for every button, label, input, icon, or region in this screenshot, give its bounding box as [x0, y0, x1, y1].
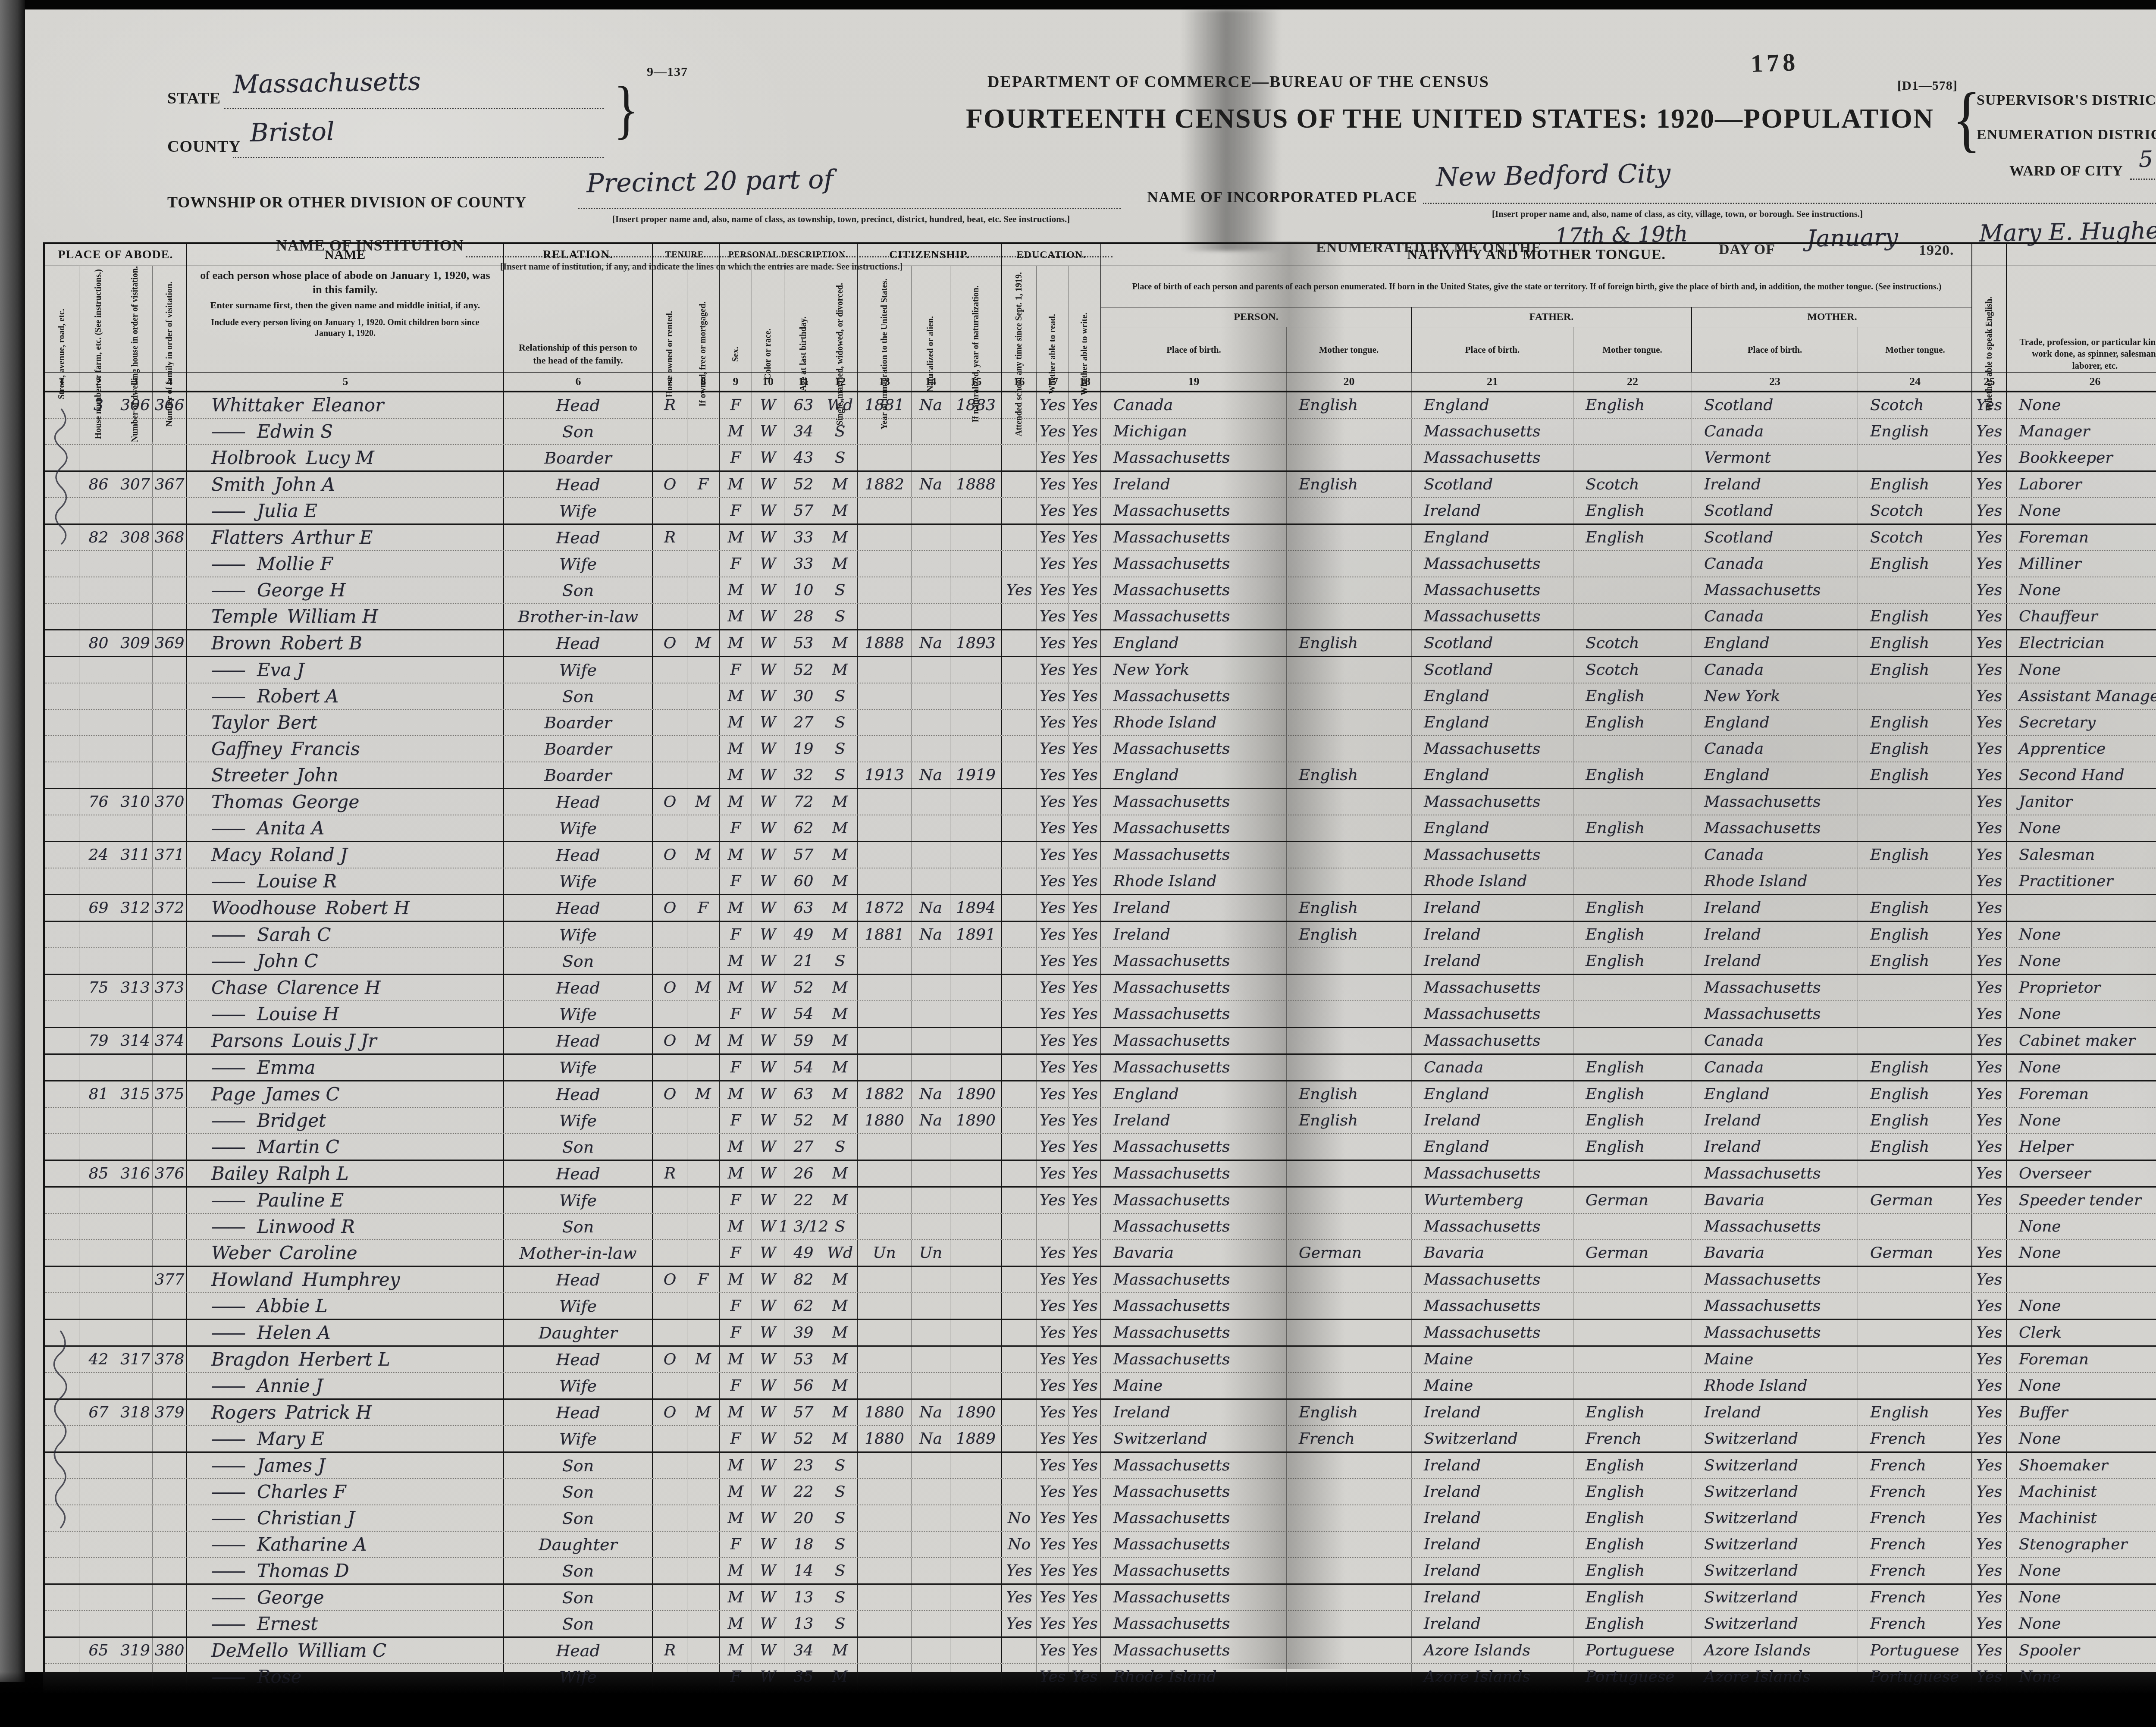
- cell-age: 82: [784, 1267, 823, 1292]
- cell-mother-birthplace: Ireland: [1692, 472, 1858, 497]
- cell-marital-status: S: [823, 1532, 858, 1557]
- cell-color-race: W: [752, 1081, 784, 1107]
- cell-free-mortgaged: [687, 498, 720, 523]
- cell-speaks-english: Yes: [1972, 1028, 2007, 1053]
- cell-relation: Wife: [504, 1055, 653, 1080]
- cell-family-number: [153, 1532, 187, 1557]
- cell-name: George: [187, 1585, 504, 1610]
- cell-sex: M: [720, 525, 752, 550]
- cell-name: Parsons Louis J Jr: [187, 1028, 504, 1053]
- cell-house-number: [79, 1373, 118, 1398]
- cell-house-number: [79, 1453, 118, 1478]
- cell-dwelling-number: [118, 815, 153, 841]
- cell-dwelling-number: [118, 1558, 153, 1583]
- cell-mother-birthplace: Azore Islands: [1692, 1638, 1858, 1663]
- cell-free-mortgaged: M: [687, 975, 720, 1000]
- cell-house-number: [79, 551, 118, 577]
- table-row: James J Son M W 23 S Yes Yes Massachuset…: [45, 1453, 2156, 1479]
- cell-street: [45, 1081, 79, 1107]
- cell-street: [45, 1585, 79, 1610]
- cell-attended-school: [1002, 1293, 1037, 1319]
- cell-marital-status: S: [823, 710, 858, 735]
- cell-attended-school: [1002, 1240, 1037, 1266]
- cell-free-mortgaged: [687, 736, 720, 762]
- cell-speaks-english: Yes: [1972, 789, 2007, 815]
- cell-sex: F: [720, 1320, 752, 1345]
- table-row: Katharine A Daughter F W 18 S No Yes Yes…: [45, 1532, 2156, 1558]
- cell-sex: M: [720, 1453, 752, 1478]
- cell-marital-status: M: [823, 657, 858, 683]
- cell-immigration-year: [858, 868, 912, 894]
- table-row: 85 316 376 Bailey Ralph L Head R M W 26 …: [45, 1161, 2156, 1188]
- cell-marital-status: M: [823, 1638, 858, 1663]
- cell-mother-birthplace: Ireland: [1692, 948, 1858, 974]
- cell-family-number: 372: [153, 895, 187, 921]
- cell-immigration-year: [858, 710, 912, 735]
- cell-owned-rented: [653, 1055, 687, 1080]
- cell-trade: None: [2007, 1108, 2156, 1133]
- cell-age: 20: [784, 1505, 823, 1531]
- cell-color-race: W: [752, 948, 784, 974]
- cell-sex: M: [720, 1214, 752, 1239]
- cell-age: 34: [784, 419, 823, 444]
- cell-sex: M: [720, 1081, 752, 1107]
- cell-can-read: Yes: [1037, 1134, 1069, 1160]
- cell-naturalization-year: [950, 1479, 1002, 1504]
- name-sub3: Include every person living on January 1…: [198, 317, 492, 339]
- cell-relation: Head: [504, 789, 653, 815]
- cell-color-race: W: [752, 498, 784, 523]
- cell-can-write: Yes: [1069, 1267, 1101, 1292]
- cell-relation: Wife: [504, 1188, 653, 1213]
- cell-mother-birthplace: Canada: [1692, 551, 1858, 577]
- cell-immigration-year: 1880: [858, 1426, 912, 1451]
- cell-trade: None: [2007, 922, 2156, 947]
- cell-free-mortgaged: F: [687, 472, 720, 497]
- cell-free-mortgaged: [687, 1426, 720, 1451]
- cell-immigration-year: [858, 842, 912, 868]
- cell-family-number: [153, 604, 187, 629]
- cell-can-write: Yes: [1069, 1638, 1101, 1663]
- cell-house-number: [79, 1240, 118, 1266]
- cell-owned-rented: [653, 736, 687, 762]
- cell-speaks-english: Yes: [1972, 683, 2007, 709]
- cell-sex: M: [720, 1585, 752, 1610]
- cell-owned-rented: [653, 948, 687, 974]
- cell-mother-birthplace: Canada: [1692, 657, 1858, 683]
- cell-trade: Apprentice: [2007, 736, 2156, 762]
- cell-immigration-year: [858, 1055, 912, 1080]
- cell-color-race: W: [752, 1055, 784, 1080]
- cell-mother-tongue: [1858, 577, 1972, 603]
- cell-owned-rented: [653, 762, 687, 788]
- cell-family-number: 379: [153, 1400, 187, 1425]
- cell-color-race: W: [752, 1400, 784, 1425]
- table-row: Mary E Wife F W 52 M 1880 Na 1889 Yes Ye…: [45, 1426, 2156, 1453]
- cell-father-tongue: German: [1573, 1240, 1692, 1266]
- cell-father-birthplace: Ireland: [1412, 1558, 1573, 1583]
- cell-family-number: [153, 1188, 187, 1213]
- cell-family-number: [153, 1453, 187, 1478]
- cell-naturalized: Na: [912, 895, 950, 921]
- cell-owned-rented: [653, 1532, 687, 1557]
- cell-color-race: W: [752, 762, 784, 788]
- cell-mother-tongue: [1858, 445, 1972, 470]
- table-row: Sarah C Wife F W 49 M 1881 Na 1891 Yes Y…: [45, 922, 2156, 948]
- cell-free-mortgaged: [687, 1611, 720, 1636]
- cell-street: [45, 1267, 79, 1292]
- cell-speaks-english: Yes: [1972, 419, 2007, 444]
- cell-dwelling-number: [118, 1320, 153, 1345]
- cell-free-mortgaged: M: [687, 1400, 720, 1425]
- cell-color-race: W: [752, 1240, 784, 1266]
- cell-can-write: Yes: [1069, 1479, 1101, 1504]
- cell-speaks-english: Yes: [1972, 525, 2007, 550]
- cell-father-birthplace: Ireland: [1412, 895, 1573, 921]
- cell-naturalized: [912, 1453, 950, 1478]
- cell-father-tongue: [1573, 789, 1692, 815]
- cell-family-number: [153, 1611, 187, 1636]
- cell-marital-status: S: [823, 948, 858, 974]
- cell-sex: F: [720, 1532, 752, 1557]
- cell-dwelling-number: 315: [118, 1081, 153, 1107]
- cell-family-number: [153, 1001, 187, 1027]
- father-pob-header: Place of birth.: [1412, 327, 1573, 372]
- cell-dwelling-number: [118, 577, 153, 603]
- cell-sex: M: [720, 1161, 752, 1186]
- cell-free-mortgaged: [687, 1638, 720, 1663]
- cell-mother-tongue: English: [1858, 604, 1972, 629]
- cell-color-race: W: [752, 1638, 784, 1663]
- cell-name: Pauline E: [187, 1188, 504, 1213]
- cell-attended-school: [1002, 551, 1037, 577]
- cell-age: 54: [784, 1001, 823, 1027]
- cell-naturalized: [912, 445, 950, 470]
- state-fill-line: [224, 108, 604, 109]
- cell-trade: None: [2007, 815, 2156, 841]
- cell-house-number: [79, 1134, 118, 1160]
- cell-house-number: 80: [79, 630, 118, 656]
- table-row: Annie J Wife F W 56 M Yes Yes Maine Main…: [45, 1373, 2156, 1400]
- cell-attended-school: [1002, 1028, 1037, 1053]
- column-number: 23: [1692, 373, 1858, 391]
- table-row: Robert A Son M W 30 S Yes Yes Massachuse…: [45, 683, 2156, 710]
- cell-trade: Electrician: [2007, 630, 2156, 656]
- cell-owned-rented: O: [653, 1347, 687, 1372]
- cell-family-number: [153, 815, 187, 841]
- cell-street: [45, 1611, 79, 1636]
- cell-age: 60: [784, 868, 823, 894]
- cell-name: Thomas George: [187, 789, 504, 815]
- township-note: [Insert proper name and, also, name of c…: [612, 214, 1070, 225]
- cell-naturalized: [912, 577, 950, 603]
- cell-marital-status: S: [823, 1453, 858, 1478]
- cell-trade: Buffer: [2007, 1400, 2156, 1425]
- cell-attended-school: Yes: [1002, 1611, 1037, 1636]
- cell-can-read: Yes: [1037, 1320, 1069, 1345]
- cell-naturalized: [912, 710, 950, 735]
- cell-mother-birthplace: Massachusetts: [1692, 975, 1858, 1000]
- enum-dist-label: ENUMERATION DISTRICT No.: [1977, 127, 2156, 143]
- cell-mother-birthplace: Massachusetts: [1692, 1001, 1858, 1027]
- cell-trade: Clerk: [2007, 1320, 2156, 1345]
- cell-dwelling-number: [118, 1267, 153, 1292]
- cell-can-read: Yes: [1037, 895, 1069, 921]
- cell-family-number: 369: [153, 630, 187, 656]
- cell-owned-rented: R: [653, 1638, 687, 1663]
- cell-marital-status: S: [823, 1558, 858, 1583]
- cell-mother-tongue: English: [1858, 922, 1972, 947]
- cell-naturalized: [912, 1134, 950, 1160]
- cell-dwelling-number: 310: [118, 789, 153, 815]
- cell-can-write: Yes: [1069, 551, 1101, 577]
- cell-mother-tongue: German: [1858, 1240, 1972, 1266]
- cell-attended-school: [1002, 1161, 1037, 1186]
- cell-house-number: 81: [79, 1081, 118, 1107]
- cell-naturalized: [912, 1479, 950, 1504]
- cell-house-number: 42: [79, 1347, 118, 1372]
- cell-family-number: 375: [153, 1081, 187, 1107]
- cell-naturalization-year: [950, 975, 1002, 1000]
- cell-family-number: [153, 1585, 187, 1610]
- cell-family-number: 368: [153, 525, 187, 550]
- cell-naturalization-year: [950, 1293, 1002, 1319]
- cell-marital-status: M: [823, 1293, 858, 1319]
- cell-relation: Wife: [504, 498, 653, 523]
- cell-can-write: Yes: [1069, 392, 1101, 418]
- cell-mother-tongue: English: [1858, 710, 1972, 735]
- table-row: 69 312 372 Woodhouse Robert H Head O F M…: [45, 895, 2156, 922]
- cell-can-read: Yes: [1037, 604, 1069, 629]
- table-row: Holbrook Lucy M Boarder F W 43 S Yes Yes…: [45, 445, 2156, 472]
- cell-trade: Manager: [2007, 419, 2156, 444]
- cell-mother-tongue: Scotch: [1858, 498, 1972, 523]
- cell-speaks-english: Yes: [1972, 1188, 2007, 1213]
- group-place-of-abode: PLACE OF ABODE.: [45, 244, 187, 266]
- cell-father-tongue: Scotch: [1573, 472, 1692, 497]
- table-row: 81 315 375 Page James C Head O M M W 63 …: [45, 1081, 2156, 1108]
- cell-speaks-english: Yes: [1972, 948, 2007, 974]
- cell-attended-school: [1002, 1081, 1037, 1107]
- cell-age: 34: [784, 1638, 823, 1663]
- cell-naturalized: [912, 1585, 950, 1610]
- cell-street: [45, 789, 79, 815]
- cell-father-birthplace: England: [1412, 525, 1573, 550]
- cell-speaks-english: Yes: [1972, 736, 2007, 762]
- cell-name: Bragdon Herbert L: [187, 1347, 504, 1372]
- cell-name: Howland Humphrey: [187, 1267, 504, 1292]
- cell-owned-rented: [653, 1611, 687, 1636]
- column-numbers: 1234567891011121314151617181920212223242…: [45, 373, 2156, 392]
- cell-immigration-year: [858, 1453, 912, 1478]
- column-number: 22: [1573, 373, 1692, 391]
- cell-immigration-year: [858, 1347, 912, 1372]
- cell-owned-rented: O: [653, 975, 687, 1000]
- cell-attended-school: [1002, 710, 1037, 735]
- cell-owned-rented: [653, 1505, 687, 1531]
- cell-street: [45, 1161, 79, 1186]
- cell-mother-tongue: [1858, 1267, 1972, 1292]
- cell-color-race: W: [752, 922, 784, 947]
- cell-attended-school: No: [1002, 1532, 1037, 1557]
- cell-naturalization-year: [950, 1453, 1002, 1478]
- cell-father-birthplace: Massachusetts: [1412, 577, 1573, 603]
- cell-dwelling-number: [118, 683, 153, 709]
- cell-immigration-year: [858, 1028, 912, 1053]
- cell-house-number: [79, 1320, 118, 1345]
- cell-dwelling-number: [118, 868, 153, 894]
- cell-free-mortgaged: [687, 1505, 720, 1531]
- cell-naturalization-year: [950, 1373, 1002, 1398]
- cell-name: Smith John A: [187, 472, 504, 497]
- cell-father-tongue: Scotch: [1573, 630, 1692, 656]
- cell-free-mortgaged: [687, 948, 720, 974]
- cell-marital-status: M: [823, 895, 858, 921]
- cell-can-write: Yes: [1069, 1585, 1101, 1610]
- cell-naturalization-year: 1888: [950, 472, 1002, 497]
- cell-sex: M: [720, 975, 752, 1000]
- cell-father-tongue: [1573, 1293, 1692, 1319]
- cell-family-number: [153, 551, 187, 577]
- cell-house-number: 75: [79, 975, 118, 1000]
- cell-free-mortgaged: M: [687, 630, 720, 656]
- cell-immigration-year: [858, 1558, 912, 1583]
- cell-free-mortgaged: [687, 922, 720, 947]
- cell-immigration-year: [858, 1001, 912, 1027]
- cell-relation: Son: [504, 1505, 653, 1531]
- cell-sex: F: [720, 1240, 752, 1266]
- cell-can-read: Yes: [1037, 577, 1069, 603]
- cell-owned-rented: O: [653, 1081, 687, 1107]
- cell-can-write: Yes: [1069, 789, 1101, 815]
- cell-owned-rented: [653, 1240, 687, 1266]
- cell-can-write: [1069, 1214, 1101, 1239]
- cell-naturalized: [912, 1558, 950, 1583]
- cell-father-birthplace: Ireland: [1412, 1453, 1573, 1478]
- cell-naturalization-year: 1890: [950, 1108, 1002, 1133]
- cell-family-number: [153, 736, 187, 762]
- cell-family-number: 374: [153, 1028, 187, 1053]
- cell-owned-rented: [653, 922, 687, 947]
- cell-color-race: W: [752, 1267, 784, 1292]
- cell-trade: Cabinet maker: [2007, 1028, 2156, 1053]
- cell-age: 62: [784, 815, 823, 841]
- cell-can-write: Yes: [1069, 1028, 1101, 1053]
- cell-naturalized: [912, 1373, 950, 1398]
- cell-trade: [2007, 895, 2156, 921]
- cell-owned-rented: [653, 1293, 687, 1319]
- cell-dwelling-number: [118, 1585, 153, 1610]
- cell-marital-status: S: [823, 577, 858, 603]
- cell-age: 59: [784, 1028, 823, 1053]
- cell-free-mortgaged: [687, 1214, 720, 1239]
- cell-house-number: [79, 1108, 118, 1133]
- cell-mother-birthplace: Switzerland: [1692, 1479, 1858, 1504]
- cell-can-write: Yes: [1069, 1400, 1101, 1425]
- cell-sex: F: [720, 551, 752, 577]
- cell-naturalization-year: [950, 1505, 1002, 1531]
- cell-family-number: [153, 1214, 187, 1239]
- cell-naturalized: [912, 1214, 950, 1239]
- cell-color-race: W: [752, 392, 784, 418]
- cell-trade: Stenographer: [2007, 1532, 2156, 1557]
- cell-mother-tongue: French: [1858, 1426, 1972, 1451]
- cell-name: Anita A: [187, 815, 504, 841]
- cell-can-write: Yes: [1069, 1293, 1101, 1319]
- cell-naturalization-year: [950, 683, 1002, 709]
- cell-house-number: [79, 1426, 118, 1451]
- cell-house-number: [79, 710, 118, 735]
- table-row: Louise R Wife F W 60 M Yes Yes Rhode Isl…: [45, 868, 2156, 895]
- cell-mother-birthplace: Ireland: [1692, 1134, 1858, 1160]
- group-relation: RELATION.: [504, 244, 653, 266]
- cell-attended-school: [1002, 683, 1037, 709]
- cell-street: [45, 1558, 79, 1583]
- cell-can-write: Yes: [1069, 762, 1101, 788]
- cell-mother-tongue: French: [1858, 1479, 1972, 1504]
- cell-naturalization-year: [950, 1558, 1002, 1583]
- cell-dwelling-number: [118, 1611, 153, 1636]
- cell-free-mortgaged: [687, 683, 720, 709]
- cell-owned-rented: [653, 604, 687, 629]
- cell-free-mortgaged: [687, 1161, 720, 1186]
- cell-trade: None: [2007, 1055, 2156, 1080]
- cell-sex: F: [720, 922, 752, 947]
- cell-house-number: [79, 736, 118, 762]
- cell-can-read: Yes: [1037, 868, 1069, 894]
- cell-father-tongue: [1573, 1347, 1692, 1372]
- cell-mother-tongue: French: [1858, 1585, 1972, 1610]
- cell-color-race: W: [752, 1188, 784, 1213]
- cell-free-mortgaged: F: [687, 1267, 720, 1292]
- cell-mother-tongue: English: [1858, 736, 1972, 762]
- cell-naturalized: Un: [912, 1240, 950, 1266]
- place-value: New Bedford City: [1435, 158, 1670, 192]
- cell-naturalized: [912, 1320, 950, 1345]
- cell-house-number: [79, 1505, 118, 1531]
- cell-father-tongue: English: [1573, 922, 1692, 947]
- cell-father-birthplace: Ireland: [1412, 1400, 1573, 1425]
- cell-father-birthplace: Massachusetts: [1412, 1293, 1573, 1319]
- cell-house-number: [79, 1267, 118, 1292]
- cell-owned-rented: O: [653, 472, 687, 497]
- cell-relation: Boarder: [504, 736, 653, 762]
- cell-can-write: Yes: [1069, 604, 1101, 629]
- cell-age: 18: [784, 1532, 823, 1557]
- cell-mother-birthplace: Switzerland: [1692, 1558, 1858, 1583]
- cell-can-read: Yes: [1037, 1585, 1069, 1610]
- cell-owned-rented: R: [653, 525, 687, 550]
- table-row: John C Son M W 21 S Yes Yes Massachusett…: [45, 948, 2156, 975]
- cell-father-birthplace: Massachusetts: [1412, 975, 1573, 1000]
- cell-naturalization-year: 1893: [950, 630, 1002, 656]
- cell-father-birthplace: Rhode Island: [1412, 868, 1573, 894]
- cell-name: Flatters Arthur E: [187, 525, 504, 550]
- cell-dwelling-number: 308: [118, 525, 153, 550]
- cell-mother-tongue: French: [1858, 1611, 1972, 1636]
- cell-dwelling-number: [118, 1532, 153, 1557]
- cell-sex: F: [720, 392, 752, 418]
- cell-relation: Boarder: [504, 762, 653, 788]
- cell-can-read: Yes: [1037, 922, 1069, 947]
- cell-naturalization-year: [950, 577, 1002, 603]
- cell-mother-birthplace: Ireland: [1692, 1108, 1858, 1133]
- cell-father-birthplace: Massachusetts: [1412, 789, 1573, 815]
- cell-age: 33: [784, 551, 823, 577]
- cell-mother-birthplace: Switzerland: [1692, 1505, 1858, 1531]
- cell-relation: Boarder: [504, 445, 653, 470]
- cell-relation: Son: [504, 1585, 653, 1610]
